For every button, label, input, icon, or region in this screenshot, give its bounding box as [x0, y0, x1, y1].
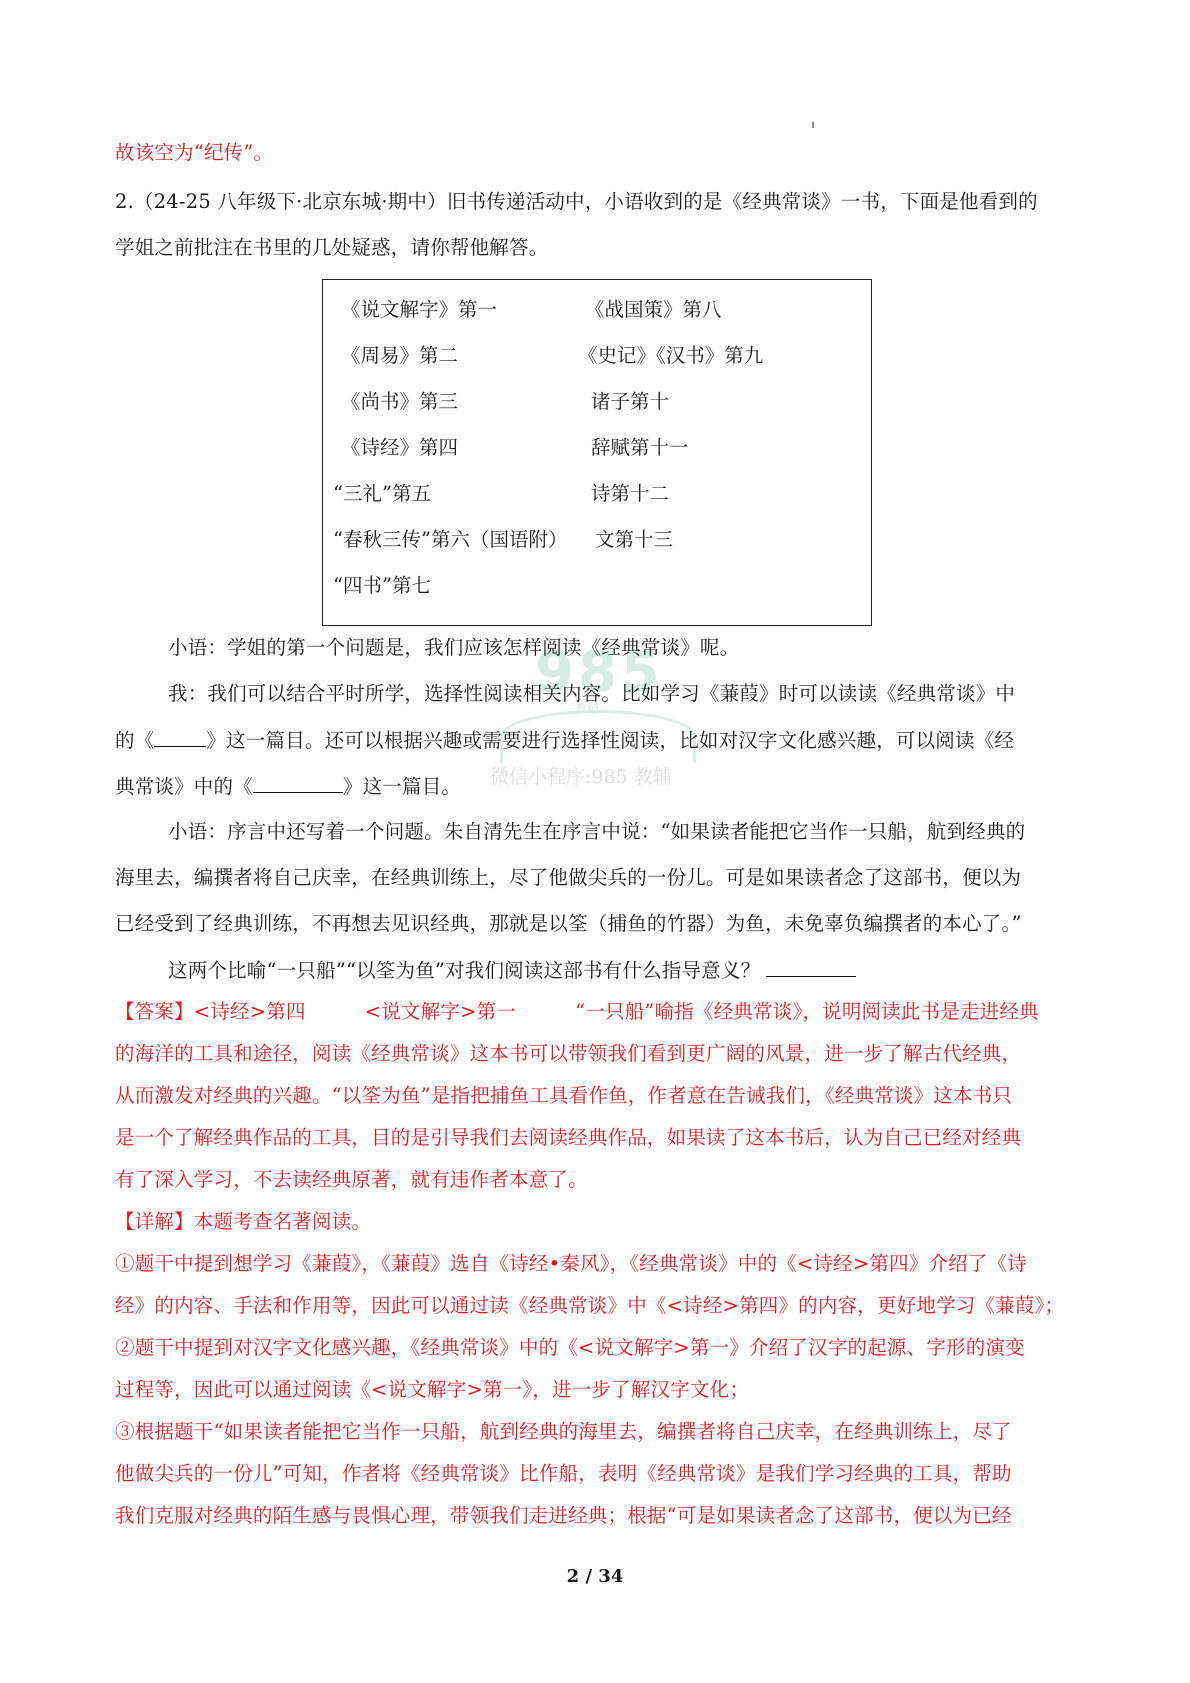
- text-segment: 的《: [115, 729, 154, 752]
- dialogue-line: 这两个比喻“一只船”“以筌为鱼”对我们阅读这部书有什么指导意义？: [168, 956, 856, 985]
- previous-conclusion: 故该空为“纪传”。: [115, 139, 273, 167]
- dialogue-line: 海里去，编撰者将自己庆幸，在经典训练上，尽了他做尖兵的一份儿。可是如果读者念了这…: [115, 864, 1021, 892]
- dialogue-line: 典常谈》中的《》这一篇目。: [115, 772, 461, 801]
- explanation-line: 我们克服对经典的陌生感与畏惧心理，带领我们走进经典；根据“可是如果读者念了这部书…: [115, 1502, 1012, 1530]
- explanation-line: ③根据题干“如果读者能把它当作一只船，航到经典的海里去，编撰者将自己庆幸，在经典…: [115, 1418, 1012, 1446]
- answer-line: 【答案】<诗经>第四 <说文解字>第一 “一只船”喻指《经典常谈》，说明阅读此书…: [115, 998, 1039, 1026]
- answer-line: 是一个了解经典作品的工具，目的是引导我们去阅读经典作品，如果读了这本书后，认为自…: [115, 1124, 1021, 1152]
- answer-blank-2[interactable]: [253, 772, 343, 793]
- toc-item: 《战国策》第八: [585, 296, 722, 324]
- text-segment: 这两个比喻“一只船”“以筌为鱼”对我们阅读这部书有什么指导意义？: [168, 959, 760, 982]
- toc-item: “三礼”第五: [333, 480, 431, 508]
- explanation-title: 【详解】本题考查名著阅读。: [115, 1208, 371, 1236]
- explanation-line: ①题干中提到想学习《蒹葭》，《蒹葭》选自《诗经•秦风》，《经典常谈》中的《<诗经…: [115, 1250, 1027, 1278]
- dialogue-line: 小语：序言中还写着一个问题。朱自清先生在序言中说：“如果读者能把它当作一只船，航…: [168, 818, 1025, 846]
- toc-item: 辞赋第十一: [591, 434, 689, 462]
- explanation-line: 过程等，因此可以通过阅读《<说文解字>第一》，进一步了解汉字文化；: [115, 1376, 749, 1404]
- answer-blank-3[interactable]: [766, 956, 856, 977]
- dialogue-line: 的《》这一篇目。还可以根据兴趣或需要进行选择性阅读，比如对汉字文化感兴趣，可以阅…: [115, 726, 1014, 755]
- text-segment: 》这一篇目。还可以根据兴趣或需要进行选择性阅读，比如对汉字文化感兴趣，可以阅读《…: [206, 729, 1014, 752]
- explanation-line: 他做尖兵的一份儿”可知，作者将《经典常谈》比作船，表明《经典常谈》是我们学习经典…: [115, 1460, 1012, 1488]
- answer-blank-1[interactable]: [154, 726, 206, 747]
- toc-item: 诗第十二: [591, 480, 669, 508]
- dialogue-line: 已经受到了经典训练，不再想去见识经典，那就是以筌（捕鱼的竹器）为鱼，未免辜负编撰…: [115, 910, 1022, 938]
- toc-item: 诸子第十: [591, 388, 669, 416]
- document-page: 985 教辅 微信小程序:985 教辅 故该空为“纪传”。 2.（24-25 八…: [0, 0, 1190, 1683]
- watermark-text: 微信小程序:985 教辅: [490, 762, 672, 789]
- toc-item: 《说文解字》第一: [341, 296, 497, 324]
- toc-item: 《诗经》第四: [341, 434, 458, 462]
- explanation-line: 经》的内容、手法和作用等，因此可以通过读《经典常谈》中《<诗经>第四》的内容，更…: [115, 1292, 1064, 1320]
- dialogue-line: 小语：学姐的第一个问题是，我们应该怎样阅读《经典常谈》呢。: [168, 634, 739, 662]
- answer-line: 的海洋的工具和途径，阅读《经典常谈》这本书可以带领我们看到更广阔的风景，进一步了…: [115, 1040, 1021, 1068]
- answer-line: 从而激发对经典的兴趣。“以筌为鱼”是指把捕鱼工具看作鱼，作者意在告诫我们，《经典…: [115, 1082, 1012, 1110]
- answer-line: 有了深入学习，不去读经典原著，就有违作者本意了。: [115, 1166, 588, 1194]
- explanation-line: ②题干中提到对汉字文化感兴趣，《经典常谈》中的《<说文解字>第一》介绍了汉字的起…: [115, 1334, 1025, 1362]
- table-of-contents-box: 《说文解字》第一 《周易》第二 《尚书》第三 《诗经》第四 “三礼”第五 “春秋…: [322, 279, 872, 626]
- question-line-1: 2.（24-25 八年级下·北京东城·期中）旧书传递活动中，小语收到的是《经典常…: [115, 188, 1038, 216]
- toc-item: 《史记》《汉书》第九: [578, 342, 763, 370]
- page-mark: [812, 122, 814, 128]
- text-segment: 典常谈》中的《: [115, 775, 253, 798]
- toc-item: “四书”第七: [333, 572, 431, 600]
- toc-item: 文第十三: [595, 526, 673, 554]
- toc-item: 《尚书》第三: [341, 388, 458, 416]
- toc-item: “春秋三传”第六（国语附）: [333, 526, 567, 554]
- page-number: 2 / 34: [0, 1566, 1190, 1587]
- question-line-2: 学姐之前批注在书里的几处疑惑，请你帮他解答。: [115, 234, 548, 262]
- text-segment: 》这一篇目。: [343, 775, 461, 798]
- toc-item: 《周易》第二: [341, 342, 458, 370]
- dialogue-line: 我：我们可以结合平时所学，选择性阅读相关内容。比如学习《蒹葭》时可以读读《经典常…: [168, 680, 1015, 708]
